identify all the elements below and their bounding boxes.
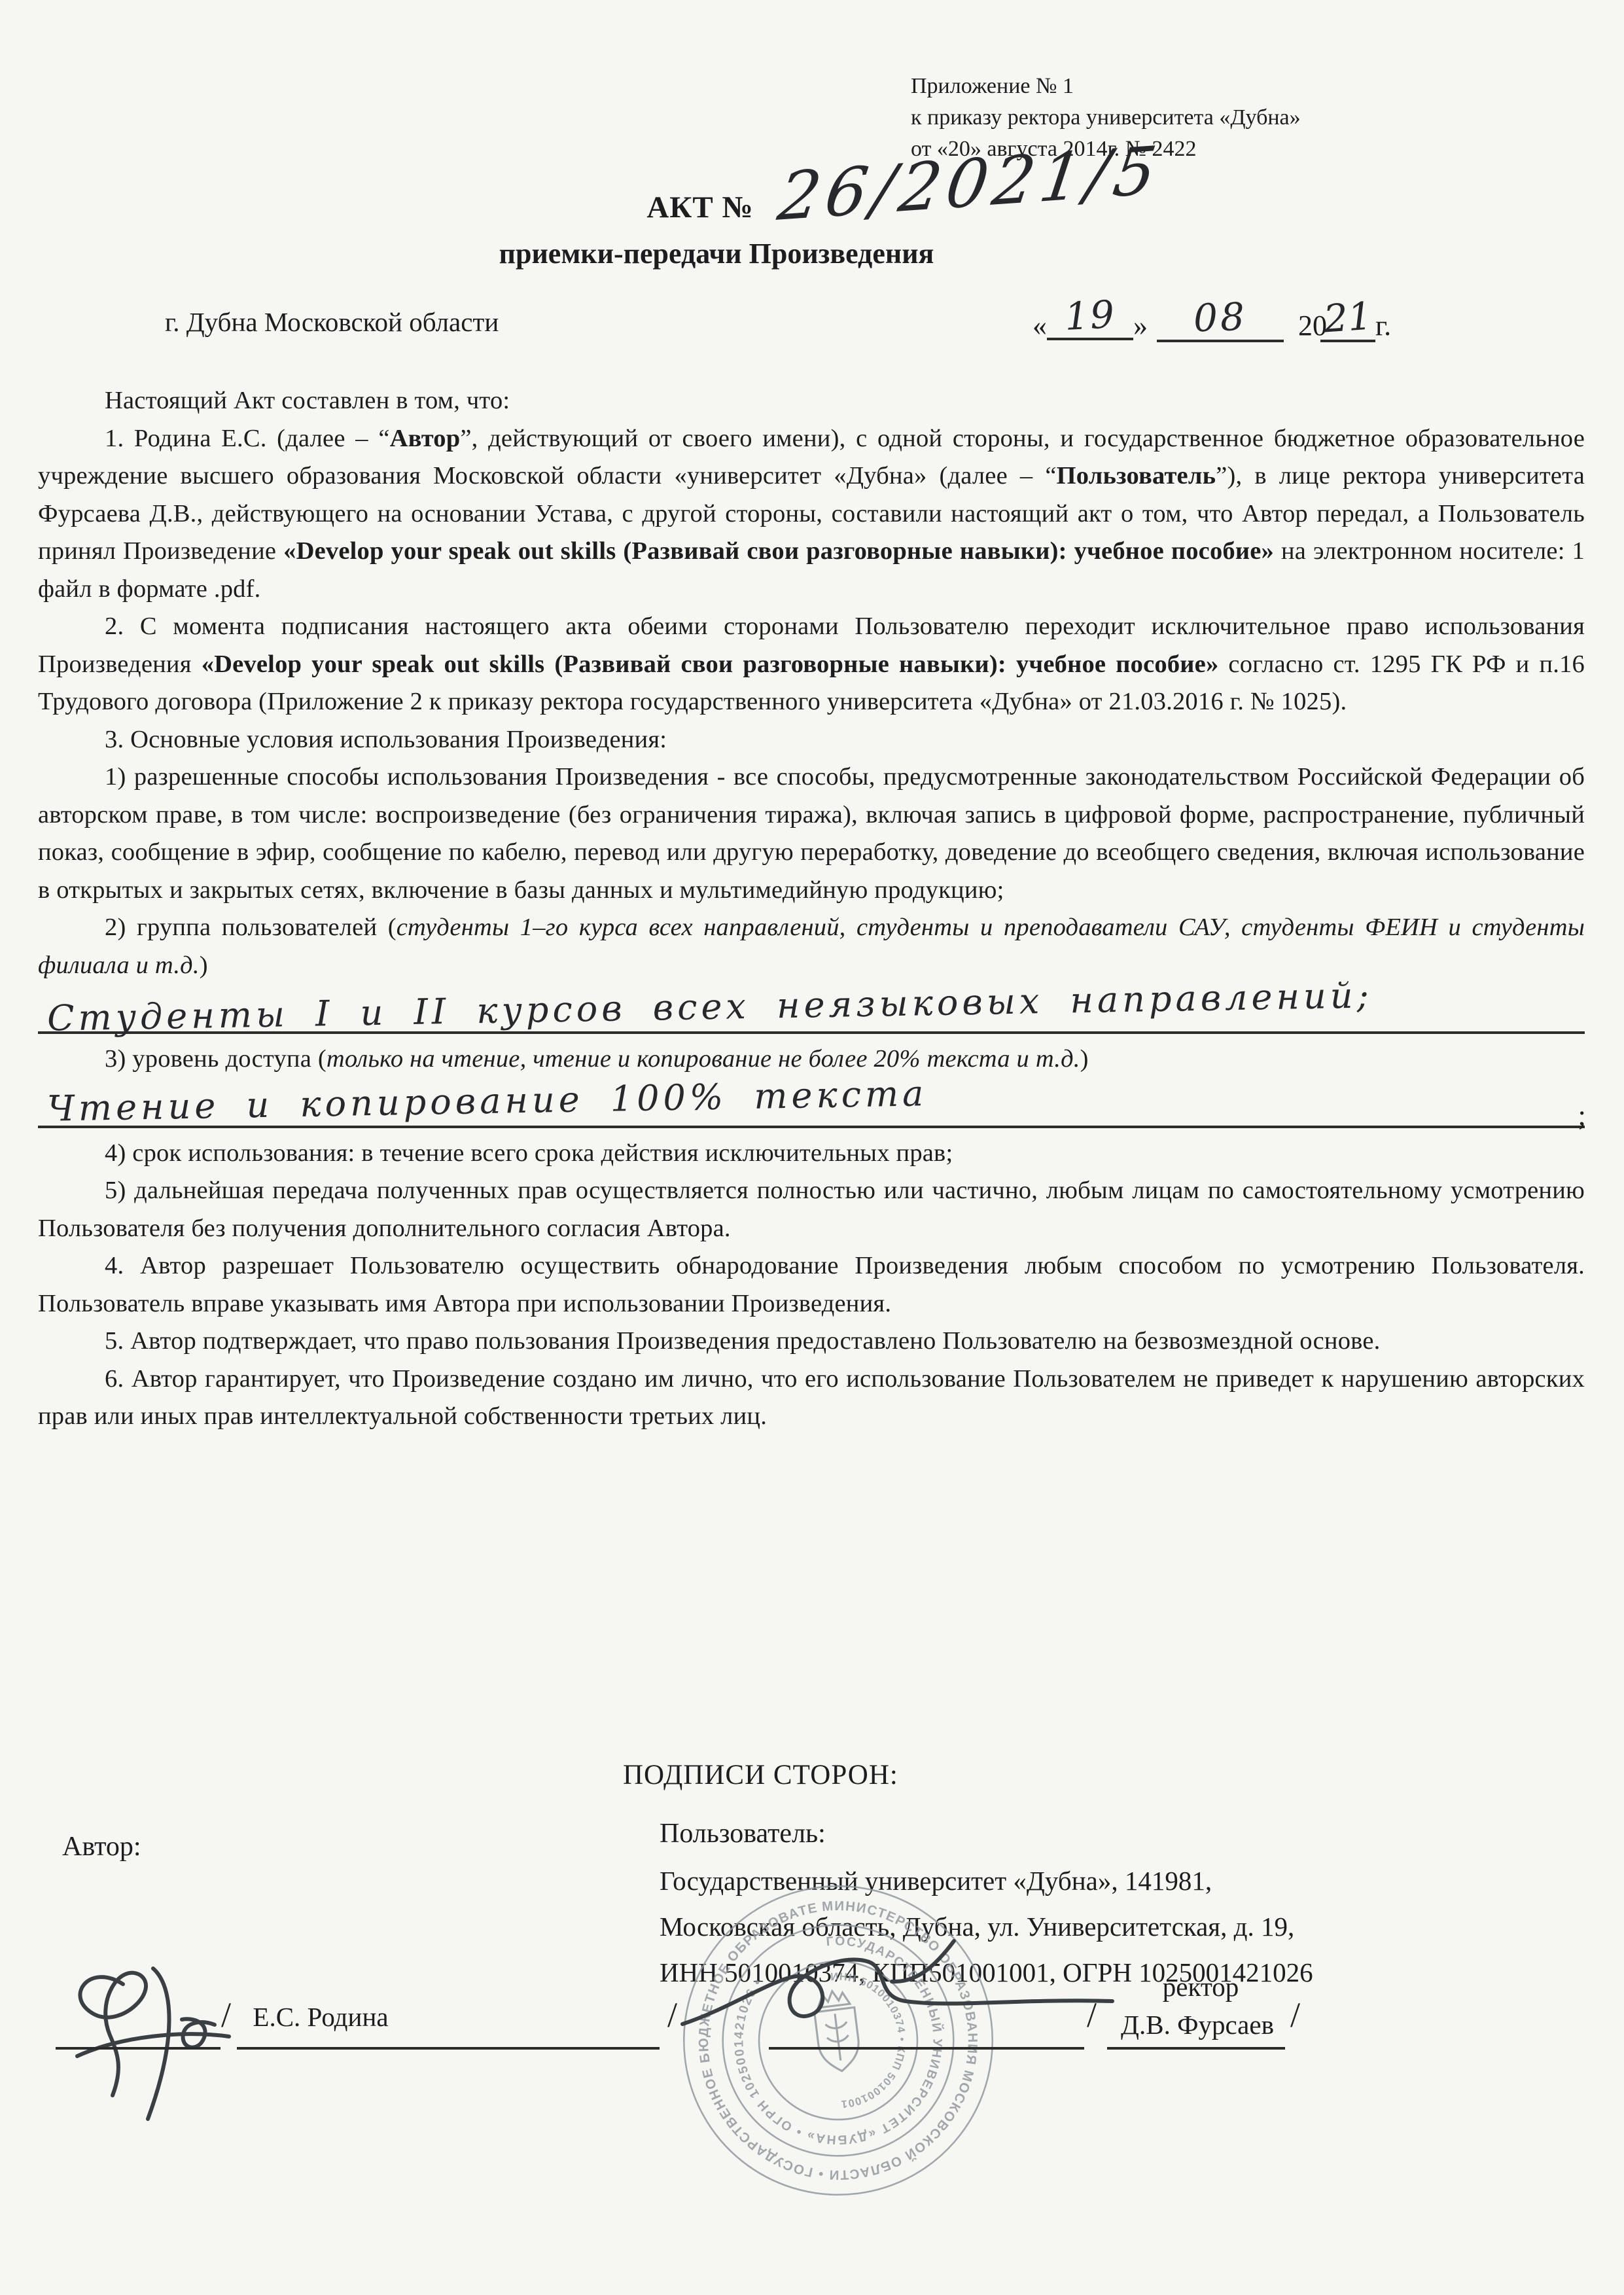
- date-open-quote: «: [1033, 309, 1047, 342]
- author-printed-name: Е.С. Родина: [216, 2001, 425, 2033]
- date-year-suffix: г.: [1375, 309, 1391, 342]
- act-title: АКТ №: [0, 190, 1400, 225]
- work-title-bold: «Develop your speak out skills (Развивай…: [283, 537, 1274, 565]
- author-name-underline: [237, 2047, 660, 2050]
- access-level-line-semicolon: ;: [1578, 1097, 1586, 1135]
- paragraph-6: 6. Автор гарантирует, что Произведение с…: [38, 1361, 1585, 1436]
- separator-slash-4: /: [1290, 1995, 1300, 2035]
- user-label: Пользователь:: [660, 1818, 826, 1849]
- separator-slash-2: /: [667, 1995, 677, 2035]
- paragraph-intro: Настоящий Акт составлен в том, что:: [38, 382, 1585, 420]
- date-close-quote: »: [1133, 309, 1148, 342]
- paragraph-2: 2. С момента подписания настоящего акта …: [38, 608, 1585, 721]
- paragraph-3-sub-2: 2) группа пользователей (студенты 1–го к…: [38, 909, 1585, 984]
- date-month-field: 08: [1157, 295, 1284, 342]
- access-level-hint-italic: только на чтение, чтение и копирование н…: [327, 1045, 1080, 1073]
- access-level-handwritten-text: Чтение и копирование 100% текста: [47, 1075, 928, 1128]
- document-body: Настоящий Акт составлен в том, что: 1. Р…: [38, 382, 1585, 1436]
- date-year-field: 21: [1320, 295, 1375, 342]
- access-level-handwritten-line: Чтение и копирование 100% текста ;: [38, 1081, 1585, 1128]
- appendix-line-1: Приложение № 1: [911, 71, 1301, 102]
- place-label: г. Дубна Московской области: [165, 306, 499, 338]
- rector-signature-underline: [769, 2047, 1084, 2050]
- paragraph-3-sub-4: 4) срок использования: в течение всего с…: [38, 1135, 1585, 1173]
- paragraph-3-sub-5: 5) дальнейшая передача полученных прав о…: [38, 1172, 1585, 1247]
- signatures-heading: ПОДПИСИ СТОРОН:: [623, 1759, 898, 1791]
- paragraph-3-sub-3: 3) уровень доступа (только на чтение, чт…: [38, 1041, 1585, 1078]
- date-year-handwritten: 21: [1322, 294, 1373, 342]
- paragraph-4: 4. Автор разрешает Пользователю осуществ…: [38, 1247, 1585, 1323]
- rector-signature: [673, 1936, 1127, 2083]
- rector-title: ректор: [1116, 1971, 1286, 2002]
- user-group-handwritten-line: Студенты I и II курсов всех неязыковых н…: [38, 987, 1585, 1034]
- paragraph-3: 3. Основные условия использования Произв…: [38, 721, 1585, 759]
- date-day-handwritten: 19: [1047, 291, 1133, 340]
- date-day-field: 19: [1047, 293, 1133, 340]
- act-subtitle: приемки-передачи Произведения: [0, 237, 1433, 270]
- paragraph-5: 5. Автор подтверждает, что право пользов…: [38, 1323, 1585, 1361]
- author-term-bold: Автор: [390, 425, 461, 452]
- rector-printed-name: Д.В. Фурсаев: [1099, 2009, 1296, 2040]
- appendix-line-2: к приказу ректора университета «Дубна»: [911, 102, 1301, 133]
- date-block: «19»082021г.: [1033, 293, 1391, 342]
- scanned-act-document: Приложение № 1 к приказу ректора универс…: [0, 0, 1624, 2295]
- rector-name-underline: [1107, 2047, 1285, 2050]
- intro-text: Настоящий Акт составлен в том, что:: [105, 387, 510, 414]
- author-label: Автор:: [62, 1831, 141, 1862]
- author-signature-underline: [56, 2047, 221, 2050]
- user-term-bold: Пользователь: [1057, 462, 1216, 489]
- work-title-bold-2: «Develop your speak out skills (Развивай…: [202, 650, 1219, 678]
- paragraph-3-sub-1: 1) разрешенные способы использования Про…: [38, 758, 1585, 909]
- author-signature: [58, 1957, 254, 2124]
- user-group-handwritten-text: Студенты I и II курсов всех неязыковых н…: [47, 976, 1373, 1037]
- act-label: АКТ №: [646, 190, 753, 224]
- paragraph-1: 1. Родина Е.С. (далее – “Автор”, действу…: [38, 420, 1585, 609]
- separator-slash-3: /: [1087, 1995, 1097, 2035]
- date-month-handwritten: 08: [1193, 294, 1248, 341]
